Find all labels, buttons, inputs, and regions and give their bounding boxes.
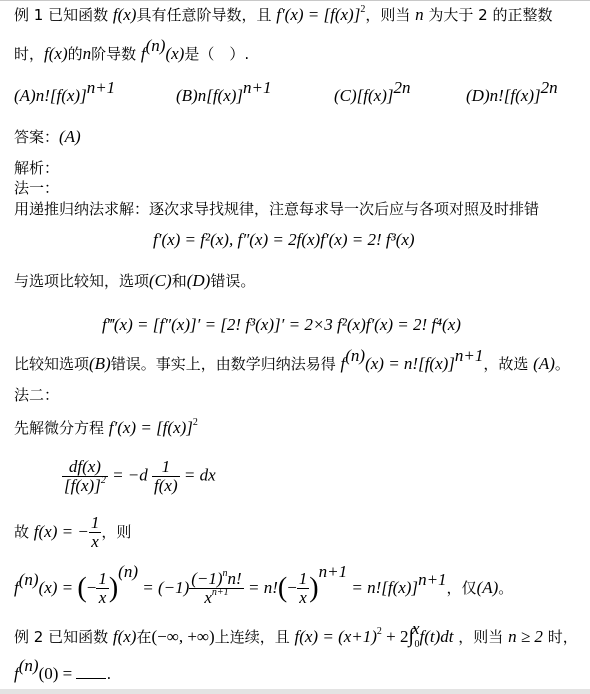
paren-close: ) [109,573,118,604]
method2-final-equation: f(n)(x) = (−1x)(n) = (−1)(−1)nn!xn+1 = n… [14,570,513,607]
text: (−1) [191,569,222,588]
option-ref-a: (A) [533,354,555,373]
numerator: df(x) [62,458,108,476]
math-sup: n+1 [455,346,483,365]
math-fx: f(x) [113,5,137,24]
math-expr: (0) = [39,664,77,683]
method2-intro: 先解微分方程 f′(x) = [f(x)]2 [14,418,198,438]
analysis-label: 解析： [14,158,59,178]
text: 故 [14,523,34,541]
text: [f(x)] [64,476,101,495]
option-ref-d: (D) [187,271,211,290]
numerator: 1 [89,514,102,532]
option-ref-c: (C) [149,271,172,290]
answer-value: (A) [59,127,81,146]
method1-equation1: f′(x) = f²(x), f″(x) = 2f(x)f′(x) = 2! f… [153,230,415,250]
example1-question-line1: 例 1 已知函数 f(x)具有任意阶导数，且 f′(x) = [f(x)]2，则… [14,5,552,25]
text: ，故选 [483,355,533,373]
method1-compare1: 与选项比较知，选项(C)和(D)错误。 [14,271,255,291]
paren-open: ( [77,573,86,604]
text: ，则当 [454,628,509,646]
math-sup: n+1 [212,587,229,598]
answer-label: 答案： [14,128,59,146]
math-sup: (n) [118,562,138,581]
text: 和 [172,272,187,290]
option-a: (A)n![f(x)]n+1 [14,86,115,106]
text: ，则当 [365,6,415,24]
denominator: xn+1 [189,588,243,607]
text: 的 [68,45,83,63]
math-sup: (n) [146,36,166,55]
text: 在 [136,628,151,646]
math-fx: f(x) [44,44,68,63]
text: 。 [498,579,513,597]
fraction: (−1)nn!xn+1 [189,570,243,607]
math-interval: (−∞, +∞) [151,627,214,646]
math-sup: (n) [345,346,365,365]
text: 错误。事实上，由数学归纳法易得 [111,355,341,373]
math-n: n [83,44,92,63]
text: 是（ ）. [184,45,249,63]
fraction: df(x)[f(x)]2 [62,458,108,495]
method1-intro: 用递推归纳法求解：逐次求导找规律，注意每求导一次后应与各项对照及时排错 [14,199,539,219]
text: 错误。 [210,272,255,290]
text: 为大于 2 的正整数 [424,6,553,24]
option-label: (B) [176,86,198,105]
option-label: (C) [334,86,357,105]
math-expr: f(x) = (x+1) [295,627,377,646]
example1-prefix: 例 1 已知函数 [14,6,113,24]
option-b: (B)n[f(x)]n+1 [176,86,272,106]
fraction: 1x [96,570,109,607]
example2-question-line2: f(n)(0) = . [14,664,111,684]
minus: − [287,578,297,597]
text: 上连续，且 [215,628,295,646]
math-sup: n+1 [319,562,347,581]
math-expr: = −d [108,465,152,484]
math-n: n [415,5,424,24]
math-sup: n+1 [87,78,115,97]
example2-question-line1: 例 2 已知函数 f(x)在(−∞, +∞)上连续，且 f(x) = (x+1)… [14,626,578,647]
bottom-band [0,689,590,694]
math-sup: n+1 [243,78,271,97]
text: 比较知选项 [14,355,89,373]
math-sup: n+1 [418,570,446,589]
option-expr: n![f(x)] [36,86,87,105]
math-expr: f′(x) = [f(x)] [109,418,193,437]
method2-solution: 故 f(x) = −1x，则 [14,514,131,551]
option-d: (D)n![f(x)]2n [466,86,558,106]
denominator: f(x) [152,476,180,495]
example1-question-line2: 时，f(x)的n阶导数 f(n)(x)是（ ）. [14,44,249,64]
text: 时， [543,628,578,646]
math-sup: (n) [19,656,39,675]
top-border [0,0,590,1]
denominator: x [297,588,310,607]
numerator: 1 [96,570,109,588]
text: 阶导数 [91,45,141,63]
math-fx: f(x) [113,627,137,646]
option-expr: n![f(x)] [490,86,541,105]
text: ，仅 [447,579,477,597]
text: 时， [14,45,44,63]
text: n! [228,569,242,588]
numerator: 1 [152,458,180,476]
math-sup: 2n [541,78,558,97]
paren-open: ( [278,573,287,604]
fraction: 1x [297,570,310,607]
fraction: 1x [89,514,102,551]
math-expr: = n![f(x)] [347,578,418,597]
math-expr: = dx [180,465,216,484]
method2-separation-equation: df(x)[f(x)]2 = −d 1f(x) = dx [62,458,216,495]
math-expr: (x) = n![f(x)] [365,354,455,373]
example2-prefix: 例 2 已知函数 [14,628,113,646]
text: x [204,588,212,607]
math-expr: = (−1) [138,578,189,597]
option-ref-b: (B) [89,354,111,373]
numerator: (−1)nn! [189,570,243,588]
answer-blank [76,664,106,679]
text: 与选项比较知，选项 [14,272,149,290]
option-expr: [f(x)] [357,86,394,105]
option-ref-a: (A) [477,578,499,597]
math-sup: 2n [394,78,411,97]
numerator: 1 [297,570,310,588]
paren-close: ) [309,573,318,604]
option-label: (D) [466,86,490,105]
method1-title: 法一： [14,178,59,198]
method1-equation2: f‴(x) = [f″(x)]′ = [2! f³(x)]′ = 2×3 f²(… [102,315,461,335]
denominator: x [89,532,102,551]
integral-upper-limit: x [412,619,420,638]
text: . [106,665,111,683]
text: 具有任意阶导数，且 [136,6,276,24]
math-sup: 2 [101,475,106,486]
answer-line: 答案：(A) [14,127,81,147]
text: ，则 [101,523,131,541]
method1-compare2: 比较知选项(B)错误。事实上，由数学归纳法易得 f(n)(x) = n![f(x… [14,354,570,374]
fraction: 1f(x) [152,458,180,495]
option-label: (A) [14,86,36,105]
text: 先解微分方程 [14,419,109,437]
math-expr: + 2 [382,627,409,646]
option-c: (C)[f(x)]2n [334,86,411,106]
math-expr: (x) = [39,578,78,597]
denominator: [f(x)]2 [62,476,108,495]
math-expr: = n! [244,578,278,597]
minus: − [87,578,97,597]
example1-options: (A)n![f(x)]n+1 (B)n[f(x)]n+1 (C)[f(x)]2n… [14,86,584,108]
denominator: x [96,588,109,607]
text: 。 [555,355,570,373]
math-condition: n ≥ 2 [508,627,543,646]
math-derivative-eq: f′(x) = [f(x)] [276,5,360,24]
math-expr: f(x) = − [34,522,89,541]
option-expr: n[f(x)] [198,86,243,105]
method2-title: 法二： [14,385,59,405]
math-sup: 2 [193,417,198,428]
math-integrand: f(t)dt [420,627,454,646]
math-arg: (x) [165,44,184,63]
math-sup: (n) [19,570,39,589]
